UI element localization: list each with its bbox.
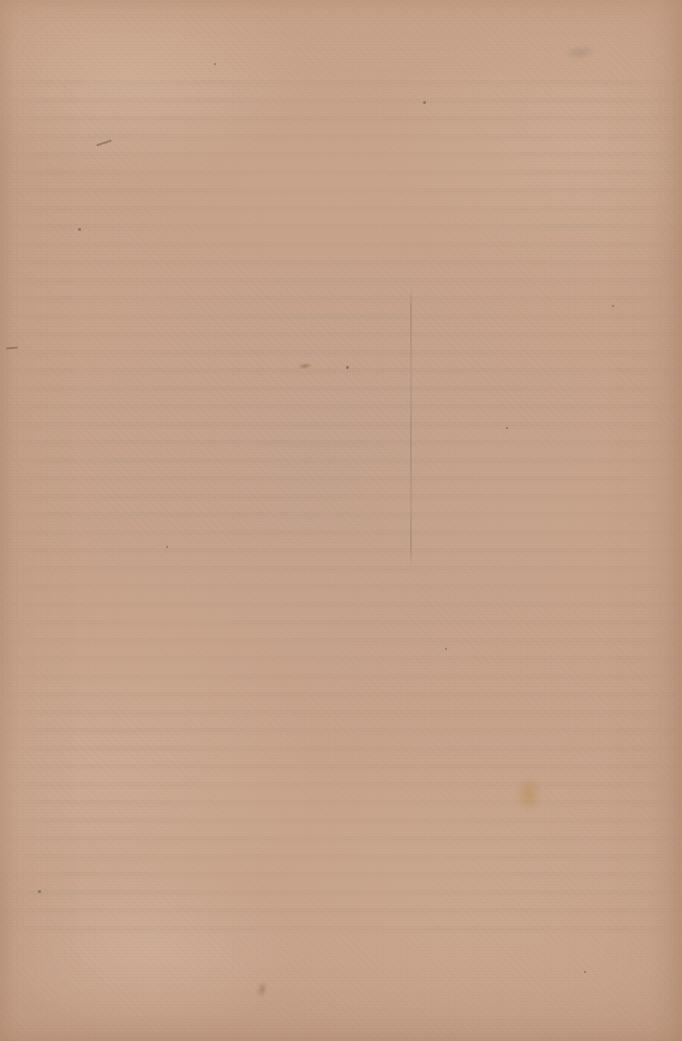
speck [214,63,216,65]
speck [423,101,426,104]
speck [506,427,508,429]
speck [78,228,81,231]
speck [166,546,168,548]
speck [445,648,447,650]
stain [515,775,543,813]
speck [584,971,586,973]
brown-dash [298,362,313,370]
artifact-layer [0,0,682,1041]
speck [38,890,41,893]
scanned-page [0,0,682,1041]
brown-smudge [255,980,268,999]
fiber [6,346,18,349]
fiber [96,140,112,147]
gray-smudge [563,43,596,61]
speck [346,366,349,369]
speck [612,305,614,307]
